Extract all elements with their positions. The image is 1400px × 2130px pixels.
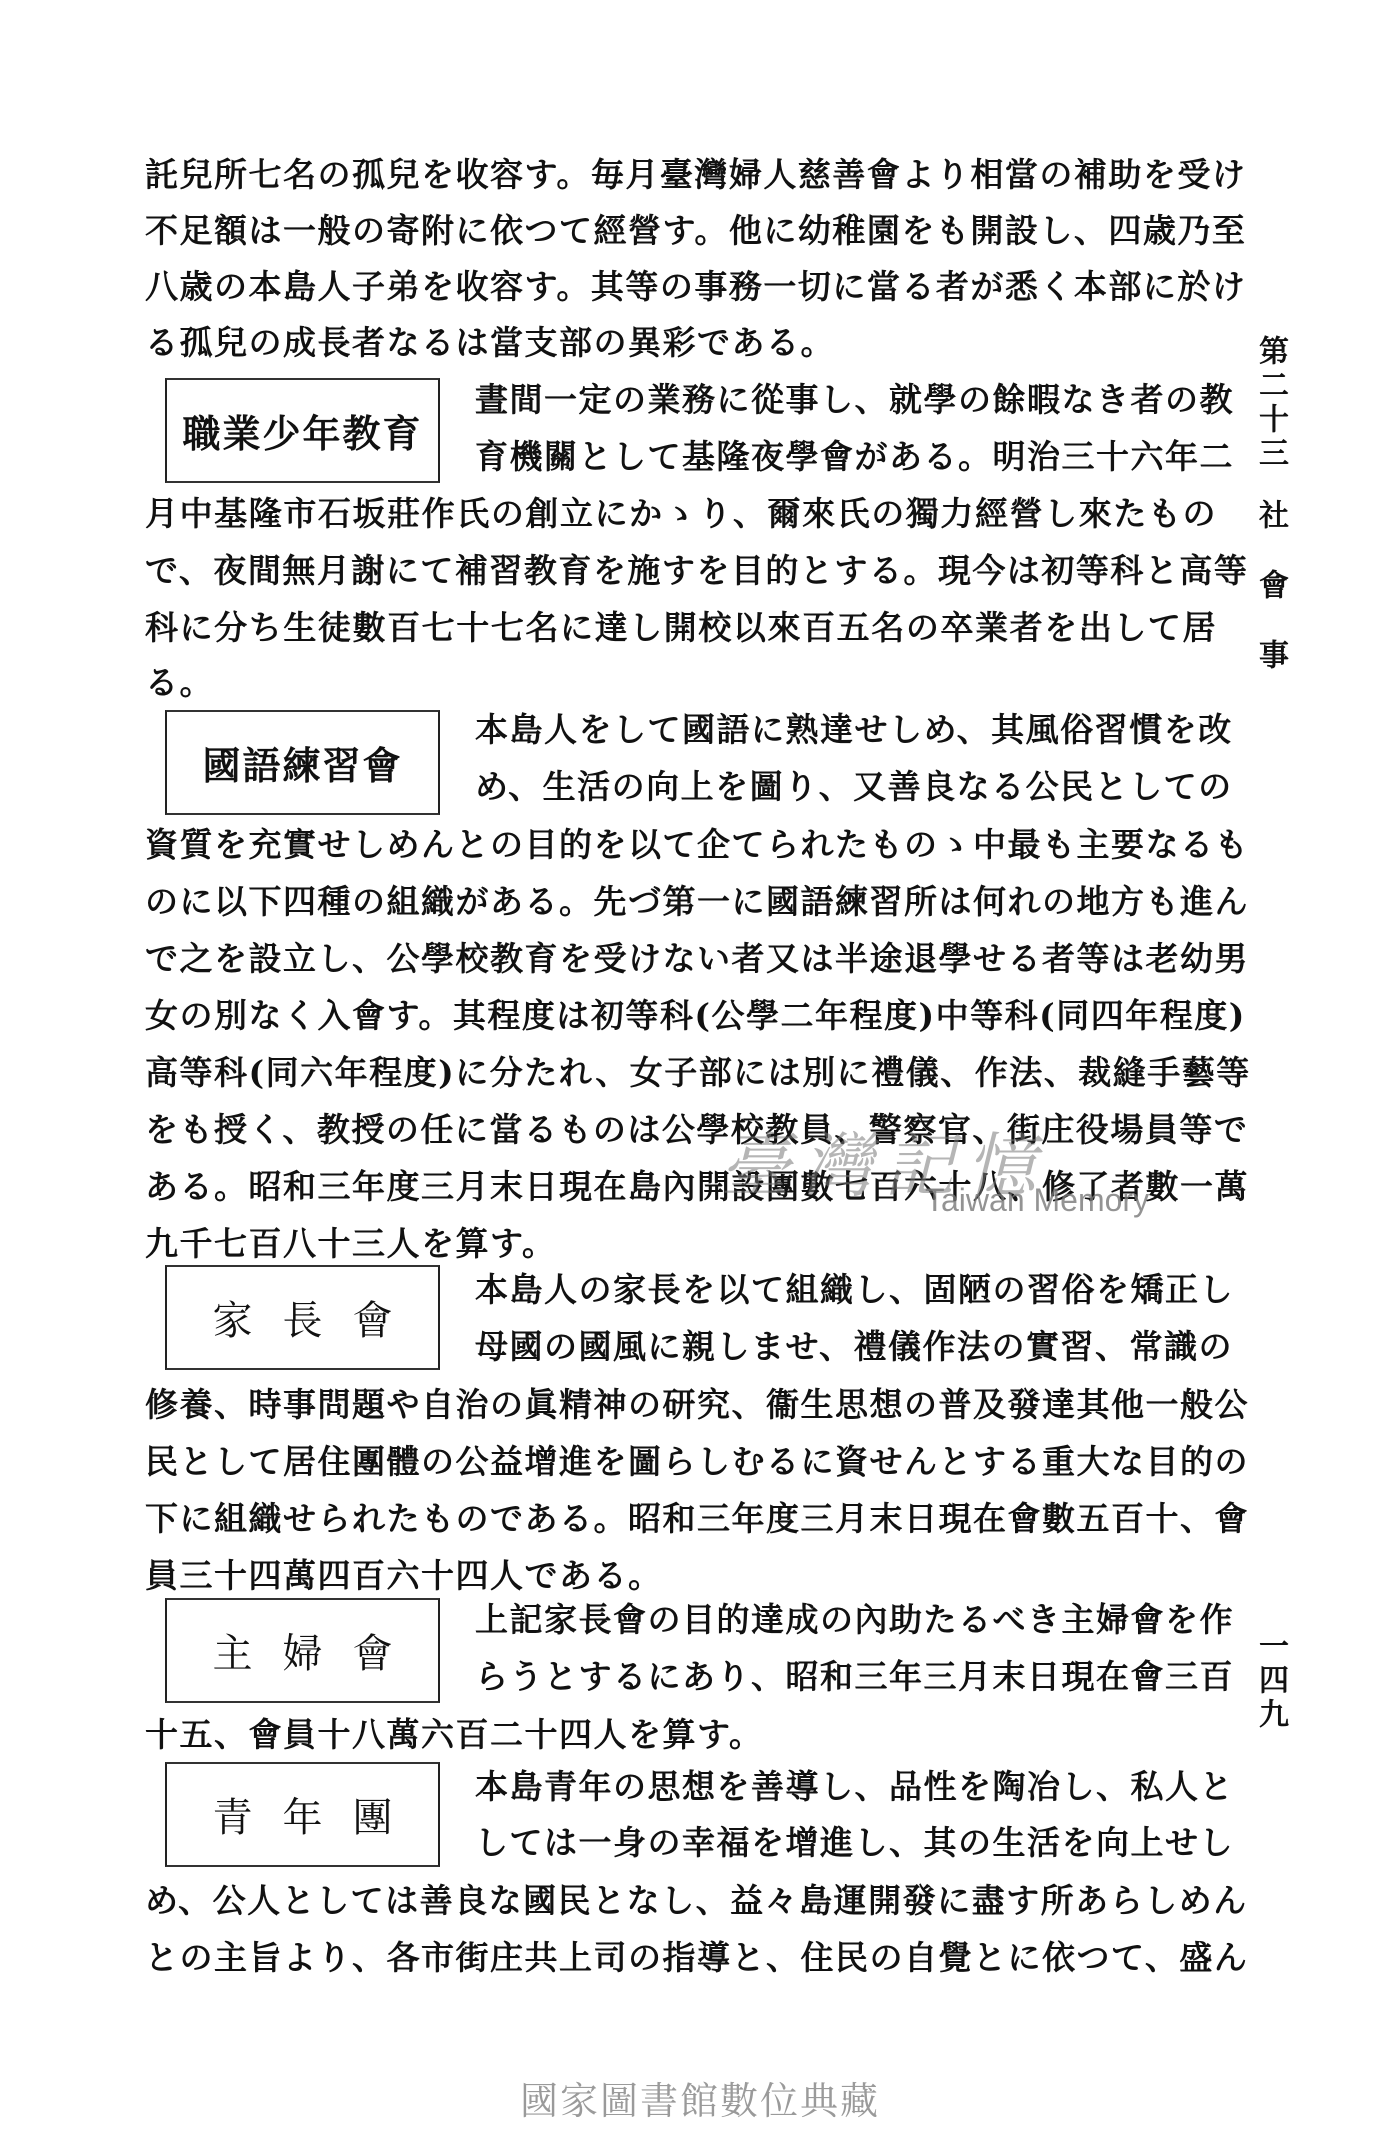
text-line: 月中基隆市石坂莊作氏の創立にかゝり、爾來氏の獨力經營し來たもの: [145, 489, 1217, 539]
text-line: ある。昭和三年度三月末日現在島內開設團數七百六十八、修了者數一萬: [145, 1162, 1217, 1212]
text-line: 不足額は一般の寄附に依つて經營す。他に幼稚園をも開設し、四歳乃至: [145, 206, 1217, 256]
text-line: 晝間一定の業務に從事し、就學の餘暇なき者の教: [475, 375, 1217, 425]
library-source-footer: 國家圖書館數位典藏: [0, 2070, 1400, 2125]
text-line: との主旨より、各市街庄共上司の指導と、住民の自覺とに依つて、盛ん: [145, 1933, 1217, 1983]
text-line: で、夜間無月謝にて補習教育を施すを目的とする。現今は初等科と高等: [145, 546, 1217, 596]
text-line: 十五、會員十八萬六百二十四人を算す。: [145, 1710, 763, 1760]
text-line: 民として居住團體の公益增進を圖らしむるに資せんとする重大な目的の: [145, 1437, 1217, 1487]
text-line: 科に分ち生徒數百七十七名に達し開校以來百五名の卒業者を出して居: [145, 603, 1217, 653]
text-line: 員三十四萬四百六十四人である。: [145, 1551, 663, 1601]
section-heading-box: 國語練習會: [165, 710, 440, 815]
text-line: め、生活の向上を圖り、又善良なる公民としての: [475, 762, 1217, 812]
scanned-book-page: 託兒所七名の孤兒を收容す。毎月臺灣婦人慈善會より相當の補助を受け 不足額は一般の…: [0, 0, 1400, 2130]
text-line: 八歳の本島人子弟を收容す。其等の事務一切に當る者が悉く本部に於け: [145, 262, 1217, 312]
text-line: る孤兒の成長者なるは當支部の異彩である。: [145, 318, 835, 368]
section-heading-box: 青年團: [165, 1762, 440, 1867]
text-line: 女の別なく入會す。其程度は初等科(公學二年程度)中等科(同四年程度): [145, 991, 1217, 1041]
text-line: 九千七百八十三人を算す。: [145, 1219, 556, 1269]
chapter-running-header: 第二十三社會事: [1250, 335, 1290, 709]
text-line: 母國の國風に親しませ、禮儀作法の實習、常識の: [475, 1322, 1217, 1372]
text-line: る。: [145, 658, 214, 708]
text-line: らうとするにあり、昭和三年三月末日現在會三百: [475, 1652, 1217, 1702]
text-line: 託兒所七名の孤兒を收容す。毎月臺灣婦人慈善會より相當の補助を受け: [145, 150, 1217, 200]
text-line: 下に組織せられたものである。昭和三年度三月末日現在會數五百十、會: [145, 1494, 1217, 1544]
text-line: 育機關として基隆夜學會がある。明治三十六年二: [475, 432, 1217, 482]
chapter-title: 社會事: [1253, 499, 1288, 709]
section-heading-box: 家長會: [165, 1265, 440, 1370]
text-line: しては一身の幸福を增進し、其の生活を向上せし: [475, 1818, 1217, 1868]
text-line: 修養、時事問題や自治の眞精神の研究、衞生思想の普及發達其他一般公: [145, 1380, 1217, 1430]
text-line: をも授く、教授の任に當るものは公學校教員、警察官、街庄役場員等で: [145, 1105, 1217, 1155]
section-heading-box: 主婦會: [165, 1598, 440, 1703]
text-line: 本島人の家長を以て組織し、固陋の習俗を矯正し: [475, 1265, 1217, 1315]
text-line: 本島青年の思想を善導し、品性を陶冶し、私人と: [475, 1762, 1217, 1812]
chapter-number: 第二十三: [1253, 335, 1288, 471]
text-line: 上記家長會の目的達成の內助たるべき主婦會を作: [475, 1595, 1217, 1645]
text-line: 資質を充實せしめんとの目的を以て企てられたものゝ中最も主要なるも: [145, 820, 1217, 870]
section-heading-box: 職業少年教育: [165, 378, 440, 483]
text-line: で之を設立し、公學校教育を受けない者又は半途退學せる者等は老幼男: [145, 934, 1217, 984]
text-line: め、公人としては善良な國民となし、益々島運開發に盡す所あらしめん: [145, 1876, 1217, 1926]
text-line: 高等科(同六年程度)に分たれ、女子部には別に禮儀、作法、裁縫手藝等: [145, 1048, 1217, 1098]
page-number: 一四九: [1250, 1630, 1290, 1732]
text-line: 本島人をして國語に熟達せしめ、其風俗習慣を改: [475, 705, 1217, 755]
text-line: のに以下四種の組織がある。先づ第一に國語練習所は何れの地方も進ん: [145, 877, 1217, 927]
